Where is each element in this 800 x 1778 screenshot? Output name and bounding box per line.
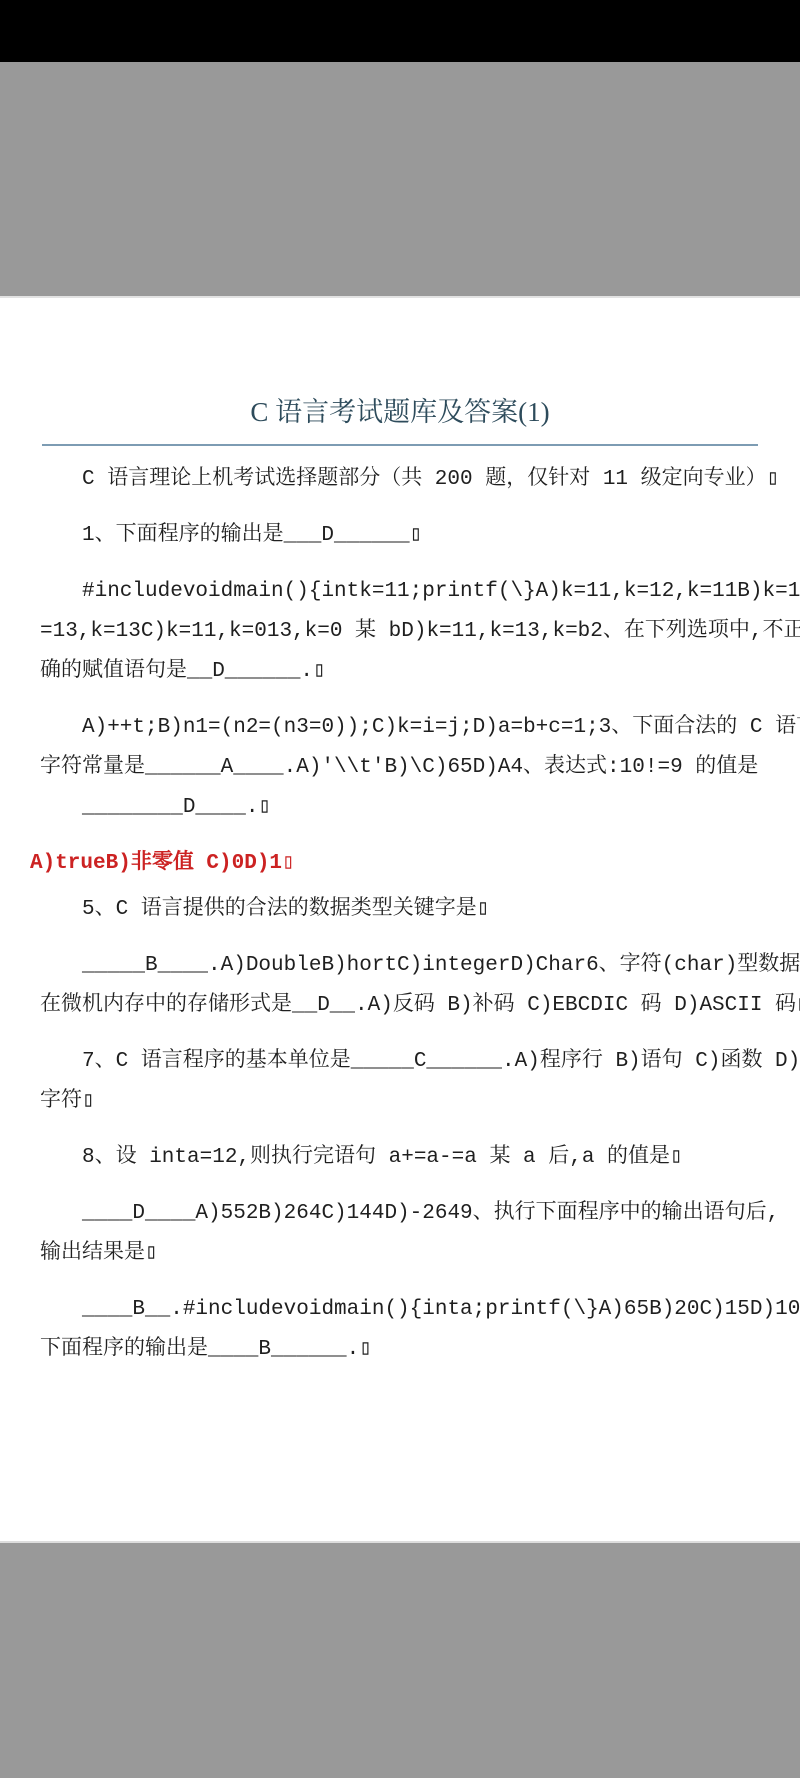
doc-line: 5、C 语言提供的合法的数据类型关键字是▯ — [40, 890, 760, 930]
document-body: C 语言理论上机考试选择题部分（共 200 题，仅针对 11 级定向专业）▯ 1… — [40, 460, 760, 1370]
doc-line: 7、C 语言程序的基本单位是_____C______.A)程序行 B)语句 C)… — [40, 1042, 760, 1082]
doc-line: C 语言理论上机考试选择题部分（共 200 题，仅针对 11 级定向专业）▯ — [40, 460, 760, 500]
doc-line: =13,k=13C)k=11,k=013,k=0 某 bD)k=11,k=13,… — [40, 612, 760, 652]
doc-line: 1、下面程序的输出是___D______▯ — [40, 516, 760, 556]
doc-line: 8、设 inta=12,则执行完语句 a+=a-=a 某 a 后,a 的值是▯ — [40, 1138, 760, 1178]
top-bar — [0, 0, 800, 62]
doc-line: 确的赋值语句是__D______.▯ — [40, 652, 760, 692]
paragraph: ____D____A)552B)264C)144D)-2649、执行下面程序中的… — [40, 1194, 760, 1274]
doc-line: 字符▯ — [40, 1082, 760, 1122]
doc-line: ____D____A)552B)264C)144D)-2649、执行下面程序中的… — [40, 1194, 760, 1234]
document-page: C 语言考试题库及答案(1) C 语言理论上机考试选择题部分（共 200 题，仅… — [0, 296, 800, 1543]
paragraph: 7、C 语言程序的基本单位是_____C______.A)程序行 B)语句 C)… — [40, 1042, 760, 1122]
doc-line: #includevoidmain(){intk=11;printf(\}A)k=… — [40, 572, 760, 612]
doc-line: 输出结果是▯ — [40, 1234, 760, 1274]
document-content: C 语言考试题库及答案(1) C 语言理论上机考试选择题部分（共 200 题，仅… — [0, 298, 800, 1370]
doc-line: 下面程序的输出是____B______.▯ — [40, 1330, 760, 1370]
paragraph: ____B__.#includevoidmain(){inta;printf(\… — [40, 1290, 760, 1370]
paragraph: 1、下面程序的输出是___D______▯ — [40, 516, 760, 556]
answer-paragraph: A)trueB)非零值 C)0D)1▯ — [30, 844, 760, 884]
doc-line: _____B____.A)DoubleB)hortC)integerD)Char… — [40, 946, 760, 986]
doc-line: 在微机内存中的存储形式是__D__.A)反码 B)补码 C)EBCDIC 码 D… — [40, 986, 760, 1026]
doc-line: 字符常量是______A____.A)'\\t'B)\C)65D)A4、表达式:… — [40, 748, 760, 788]
paragraph: A)++t;B)n1=(n2=(n3=0));C)k=i=j;D)a=b+c=1… — [40, 708, 760, 828]
paragraph: _____B____.A)DoubleB)hortC)integerD)Char… — [40, 946, 760, 1026]
paragraph: #includevoidmain(){intk=11;printf(\}A)k=… — [40, 572, 760, 692]
paragraph: 8、设 inta=12,则执行完语句 a+=a-=a 某 a 后,a 的值是▯ — [40, 1138, 760, 1178]
paragraph: C 语言理论上机考试选择题部分（共 200 题，仅针对 11 级定向专业）▯ — [40, 460, 760, 500]
title-divider — [42, 444, 758, 446]
doc-line: ________D____.▯ — [40, 788, 760, 828]
doc-line: ____B__.#includevoidmain(){inta;printf(\… — [40, 1290, 760, 1330]
paragraph: 5、C 语言提供的合法的数据类型关键字是▯ — [40, 890, 760, 930]
doc-line: A)++t;B)n1=(n2=(n3=0));C)k=i=j;D)a=b+c=1… — [40, 708, 760, 748]
answer-line: A)trueB)非零值 C)0D)1▯ — [30, 844, 760, 884]
page-title: C 语言考试题库及答案(1) — [40, 394, 760, 430]
